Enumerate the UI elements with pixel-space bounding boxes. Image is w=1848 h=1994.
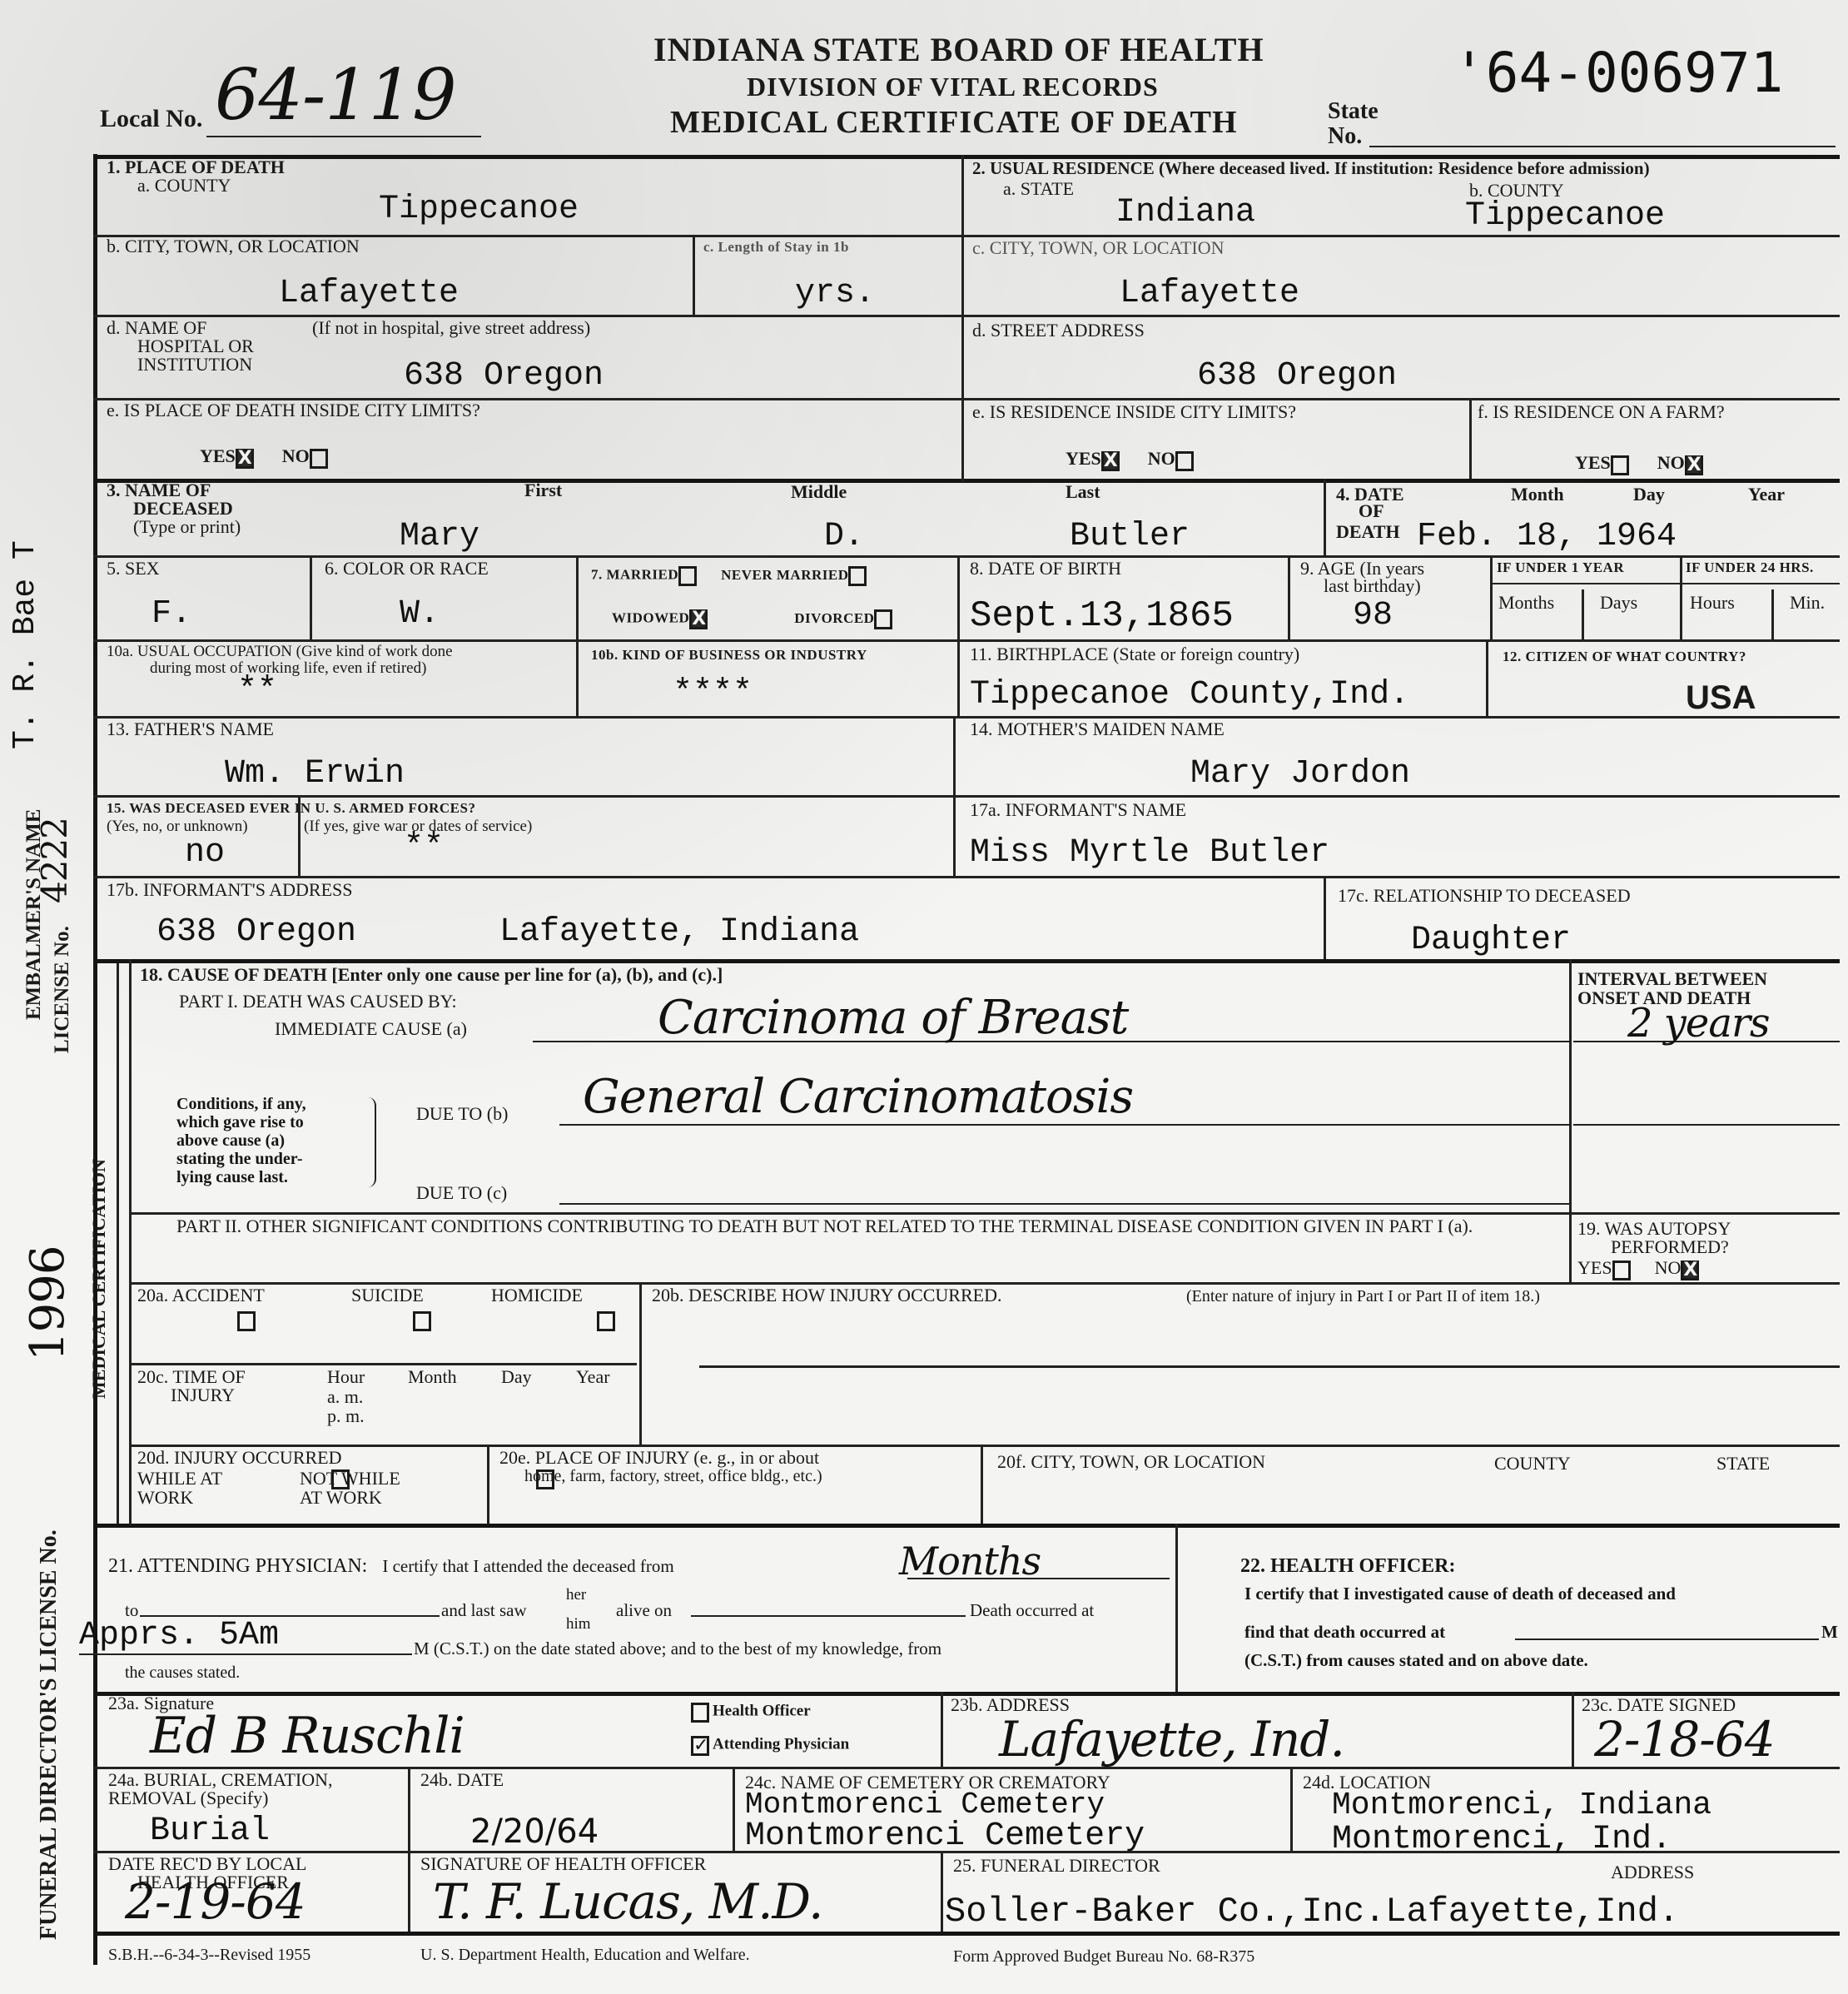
cemetery-value-1[interactable]: Montmorenci Cemetery — [745, 1790, 1105, 1820]
injury-month-label: Month — [408, 1368, 457, 1386]
fd-license-value: 1996 — [25, 1246, 72, 1361]
relationship-label: 17c. RELATIONSHIP TO DECEASED — [1338, 887, 1631, 905]
am-label: a. m. — [327, 1388, 363, 1406]
dod-month-label: Month — [1511, 485, 1564, 504]
under1-days-label: Days — [1600, 594, 1637, 612]
age-label-2: last birthday) — [1324, 577, 1421, 595]
disposition-value[interactable]: Burial — [150, 1815, 270, 1848]
pod-city-limits-options: YESX NO — [200, 447, 328, 469]
autopsy-label-2: PERFORMED? — [1611, 1238, 1729, 1256]
place-of-injury-label-2: home, farm, factory, street, office bldg… — [524, 1468, 822, 1484]
res-city-limits-label: e. IS RESIDENCE INSIDE CITY LIMITS? — [972, 403, 1296, 421]
death-occurred-label: Death occurred at — [970, 1600, 1094, 1621]
pod-city-limits-label: e. IS PLACE OF DEATH INSIDE CITY LIMITS? — [107, 401, 480, 420]
funeral-director-label: 25. FUNERAL DIRECTOR — [953, 1857, 1160, 1875]
license-value: 4222 — [37, 818, 72, 903]
injury-year-label: Year — [576, 1368, 610, 1386]
deceased-name-label-3: (Type or print) — [133, 518, 241, 536]
attended-from-value[interactable]: Months — [899, 1542, 1041, 1580]
injury-day-label: Day — [501, 1368, 532, 1386]
res-county-value[interactable]: Tippecanoe — [1465, 200, 1665, 233]
relationship-value[interactable]: Daughter — [1411, 924, 1571, 957]
never-married-checkbox[interactable] — [848, 566, 867, 586]
occupation-value[interactable]: ** — [237, 674, 277, 708]
conditions-note-line: stating the under- — [176, 1150, 306, 1168]
pod-hospital-hint: (If not in hospital, give street address… — [312, 319, 590, 337]
age-value[interactable]: 98 — [1353, 599, 1393, 633]
divorced-label: DIVORCED — [794, 610, 874, 626]
col-sep — [961, 155, 964, 481]
pod-hospital-value[interactable]: 638 Oregon — [404, 360, 604, 393]
form-title-line2: DIVISION OF VITAL RECORDS — [747, 73, 1159, 100]
interval-line-b — [1573, 1124, 1840, 1126]
informant-address-label: 17b. INFORMANT'S ADDRESS — [107, 881, 353, 899]
conditions-brace — [366, 1097, 376, 1187]
res-farm-yes-checkbox[interactable] — [1611, 455, 1629, 475]
pod-hospital-label-1: d. NAME OF — [107, 319, 206, 337]
time-of-injury-label-2: INJURY — [171, 1386, 235, 1405]
pod-city-label: b. CITY, TOWN, OR LOCATION — [107, 237, 360, 256]
rule — [93, 1767, 1840, 1769]
physician-address-value[interactable]: Lafayette, Ind. — [999, 1715, 1344, 1763]
dob-label: 8. DATE OF BIRTH — [970, 559, 1121, 578]
res-state-label: a. STATE — [1003, 180, 1074, 198]
widowed-label: WIDOWED — [612, 610, 689, 626]
date-recd-value[interactable]: 2-19-64 — [125, 1877, 306, 1926]
pod-hospital-label-3: INSTITUTION — [137, 356, 252, 374]
suicide-label: SUICIDE — [351, 1286, 424, 1305]
col-sep — [1486, 639, 1488, 716]
funeral-director-value[interactable]: Soller-Baker Co.,Inc.Lafayette,Ind. — [945, 1894, 1679, 1929]
res-farm-options: YES NOX — [1575, 454, 1703, 475]
col-sep — [129, 959, 132, 1525]
col-sep — [1569, 959, 1572, 1282]
conditions-note-line: which gave rise to — [176, 1113, 306, 1131]
dod-year-label: Year — [1748, 485, 1785, 504]
conditions-note-line: Conditions, if any, — [176, 1095, 306, 1113]
rule — [129, 1363, 637, 1365]
due-c-line[interactable] — [559, 1203, 1569, 1205]
divorced-checkbox[interactable] — [874, 609, 892, 629]
health-officer-line3: (C.S.T.) from causes stated and on above… — [1244, 1650, 1588, 1671]
place-of-injury-label-1: 20e. PLACE OF INJURY (e. g., in or about — [499, 1449, 819, 1467]
place-of-death-label: 1. PLACE OF DEATH — [107, 158, 285, 177]
physician-line4: the causes stated. — [125, 1663, 240, 1683]
col-sep — [1490, 555, 1493, 639]
first-name-value[interactable]: Mary — [400, 520, 479, 554]
due-b-line — [559, 1124, 1569, 1126]
disposition-label-2: REMOVAL (Specify) — [108, 1789, 268, 1808]
res-city-limits-yes-checkbox[interactable]: X — [1101, 451, 1120, 471]
footer-dept: U. S. Department Health, Education and W… — [420, 1947, 750, 1963]
state-no-label-1: State — [1328, 100, 1379, 123]
burial-date-value[interactable]: 2/20/64 — [470, 1815, 599, 1848]
no-label: NO — [1657, 452, 1685, 473]
business-value[interactable]: **** — [673, 677, 753, 710]
dod-value[interactable]: Feb. 18, 1964 — [1417, 520, 1677, 554]
armed-service-value[interactable]: ** — [404, 831, 444, 864]
birthplace-value[interactable]: Tippecanoe County,Ind. — [970, 679, 1409, 712]
pod-hospital-label-2: HOSPITAL OR — [137, 337, 254, 356]
col-sep — [1324, 876, 1326, 959]
accident-checkbox[interactable] — [237, 1311, 256, 1331]
pod-city-limits-yes-checkbox[interactable]: X — [236, 449, 254, 469]
res-city-limits-no-checkbox[interactable] — [1175, 451, 1194, 471]
ho-signature-label: SIGNATURE OF HEALTH OFFICER — [420, 1855, 706, 1873]
yes-label: YES — [1575, 452, 1611, 473]
marital-row-2: WIDOWEDX DIVORCED — [612, 609, 892, 629]
col-sep — [693, 235, 695, 315]
deceased-name-label-2: DECEASED — [133, 500, 233, 518]
date-recd-label-1: DATE REC'D BY LOCAL — [108, 1855, 306, 1873]
describe-injury-hint: (Enter nature of injury in Part I or Par… — [1186, 1288, 1540, 1305]
part2-text: PART II. OTHER SIGNIFICANT CONDITIONS CO… — [176, 1216, 1473, 1236]
res-farm-label: f. IS RESIDENCE ON A FARM? — [1478, 403, 1725, 421]
due-b-label: DUE TO (b) — [416, 1105, 508, 1123]
col-sep — [1288, 555, 1290, 639]
no-label: NO — [1655, 1257, 1682, 1278]
health-officer-line2: find that death occurred at — [1244, 1622, 1445, 1643]
citizen-value[interactable]: USA — [1686, 681, 1756, 714]
first-name-label: First — [524, 481, 562, 500]
physician-line1: 21. ATTENDING PHYSICIAN: I certify that … — [108, 1555, 674, 1578]
health-officer-option: Health Officer — [691, 1703, 811, 1723]
conditions-note-line: above cause (a) — [176, 1131, 306, 1150]
while-at-work-label-2: WORK — [137, 1489, 193, 1507]
death-time-value[interactable]: Apprs. 5Am — [79, 1619, 279, 1653]
usual-residence-label: 2. USUAL RESIDENCE (Where deceased lived… — [972, 160, 1650, 177]
rule — [93, 716, 1840, 719]
dod-day-label: Day — [1633, 485, 1665, 504]
homicide-checkbox[interactable] — [597, 1311, 615, 1331]
marital-row-1: 7. MARRIED NEVER MARRIED — [591, 566, 867, 586]
her-label: her — [566, 1586, 586, 1604]
cemetery-value-2[interactable]: Montmorenci Cemetery — [745, 1820, 1145, 1853]
res-street-label: d. STREET ADDRESS — [972, 321, 1145, 340]
injury-state-label: STATE — [1716, 1454, 1770, 1473]
occupation-label-2: during most of working life, even if ret… — [150, 660, 426, 676]
pod-city-limits-no-checkbox[interactable] — [310, 449, 328, 469]
location-value-2[interactable]: Montmorenci, Ind. — [1332, 1823, 1672, 1857]
col-sep — [941, 1851, 943, 1932]
injury-occurred-label: 20d. INJURY OCCURRED — [137, 1449, 342, 1467]
ho-signature-value[interactable]: T. F. Lucas, M.D. — [433, 1877, 822, 1926]
rule — [699, 1365, 1840, 1368]
col-sep — [487, 1445, 489, 1524]
informant-name-value[interactable]: Miss Myrtle Butler — [970, 837, 1329, 870]
disposition-label-1: 24a. BURIAL, CREMATION, — [108, 1771, 333, 1789]
col-sep — [639, 1282, 642, 1445]
death-time-line — [79, 1653, 412, 1655]
widowed-checkbox[interactable]: X — [689, 609, 708, 629]
col-sep — [941, 1692, 943, 1767]
not-while-work-label-2: AT WORK — [300, 1489, 382, 1507]
time-of-injury-label-1: 20c. TIME OF — [137, 1368, 246, 1386]
col-sep — [981, 1445, 983, 1524]
under24-label: IF UNDER 24 HRS. — [1686, 560, 1814, 574]
attending-physician-option: ✓ Attending Physician — [691, 1736, 849, 1756]
res-state-value[interactable]: Indiana — [1115, 196, 1255, 230]
health-officer-time-line[interactable] — [1515, 1638, 1819, 1640]
business-label: 10b. KIND OF BUSINESS OR INDUSTRY — [591, 648, 867, 662]
footer-form-no: S.B.H.--6-34-3--Revised 1955 — [108, 1947, 310, 1963]
burial-date-label: 24b. DATE — [420, 1771, 504, 1789]
never-married-label: NEVER MARRIED — [721, 567, 848, 583]
col-sep — [1680, 555, 1682, 639]
describe-injury-label: 20b. DESCRIBE HOW INJURY OCCURRED. — [652, 1286, 1001, 1305]
embalmer-name-value: T. R. Bae T — [10, 540, 42, 749]
mother-label: 14. MOTHER'S MAIDEN NAME — [970, 720, 1225, 738]
informant-address-street[interactable]: 638 Oregon — [156, 916, 356, 949]
part1-label: PART I. DEATH WAS CAUSED BY: — [179, 992, 457, 1011]
homicide-label: HOMICIDE — [491, 1286, 583, 1305]
birthplace-label: 11. BIRTHPLACE (State or foreign country… — [970, 645, 1299, 664]
health-officer-checkbox[interactable] — [691, 1703, 709, 1723]
attending-physician-option-label: Attending Physician — [713, 1736, 849, 1753]
conditions-note: Conditions, if any, which gave rise to a… — [176, 1095, 306, 1186]
last-name-label: Last — [1066, 483, 1100, 501]
physician-label: 21. ATTENDING PHYSICIAN: — [108, 1555, 367, 1577]
mother-value[interactable]: Mary Jordon — [1190, 758, 1410, 791]
informant-name-label: 17a. INFORMANT'S NAME — [970, 801, 1186, 819]
him-label: him — [566, 1615, 591, 1633]
form-title-line1: INDIANA STATE BOARD OF HEALTH — [653, 33, 1264, 67]
cause-header: 18. CAUSE OF DEATH [Enter only one cause… — [140, 966, 723, 984]
local-no-value: 64-119 — [215, 60, 456, 130]
accident-label: 20a. ACCIDENT — [137, 1286, 265, 1305]
due-c-label: DUE TO (c) — [416, 1184, 507, 1202]
state-no-label-2: No. — [1328, 125, 1362, 148]
under24-min-label: Min. — [1790, 594, 1825, 612]
middle-name-value[interactable]: D. — [824, 520, 864, 554]
footer-budget: Form Approved Budget Bureau No. 68-R375 — [953, 1948, 1254, 1965]
autopsy-label-1: 19. WAS AUTOPSY — [1577, 1220, 1731, 1238]
local-no-label: Local No. — [100, 107, 202, 132]
due-b-value[interactable]: General Carcinomatosis — [583, 1074, 1133, 1121]
armed-forces-value[interactable]: no — [185, 837, 225, 870]
no-label: NO — [282, 445, 310, 466]
res-street-value[interactable]: 638 Oregon — [1197, 360, 1397, 393]
col-sep — [310, 555, 312, 639]
immediate-cause-label: IMMEDIATE CAUSE (a) — [275, 1020, 467, 1038]
funeral-address-label: ADDRESS — [1611, 1863, 1694, 1882]
armed-forces-label-1: 15. WAS DECEASED EVER IN U. S. ARMED FOR… — [107, 801, 475, 815]
col-sep — [1771, 589, 1774, 639]
autopsy-options: YES NOX — [1577, 1259, 1699, 1280]
rule — [93, 876, 1840, 878]
col-sep — [408, 1767, 410, 1932]
col-sep — [576, 555, 579, 639]
col-sep — [957, 639, 960, 716]
physician-line3: M (C.S.T.) on the date stated above; and… — [414, 1638, 941, 1659]
medical-cert-border — [117, 959, 119, 1525]
injury-county-label: COUNTY — [1494, 1454, 1571, 1473]
conditions-note-line: lying cause last. — [176, 1168, 306, 1186]
health-officer-label: 22. HEALTH OFFICER: — [1240, 1555, 1455, 1578]
pm-label: p. m. — [327, 1407, 365, 1425]
rule — [129, 1445, 1840, 1447]
col-sep — [957, 555, 960, 639]
suicide-checkbox[interactable] — [413, 1311, 431, 1331]
citizen-label: 12. CITIZEN OF WHAT COUNTRY? — [1503, 649, 1746, 664]
armed-forces-label-2a: (Yes, no, or unknown) — [107, 818, 248, 834]
alive-on-label: alive on — [616, 1600, 672, 1621]
injury-city-label: 20f. CITY, TOWN, OR LOCATION — [997, 1453, 1265, 1471]
state-no-value: '64-006971 — [1453, 46, 1783, 101]
rule — [93, 1524, 1840, 1528]
pod-stay-value[interactable]: yrs. — [795, 277, 875, 311]
while-at-work-label-1: WHILE AT — [137, 1469, 222, 1488]
pod-city-value[interactable]: Lafayette — [279, 277, 459, 311]
race-value[interactable]: W. — [400, 598, 440, 631]
fd-license-label: FUNERAL DIRECTOR'S LICENSE No. — [37, 1529, 61, 1940]
interval-label-1: INTERVAL BETWEEN — [1577, 970, 1767, 988]
col-sep — [1582, 589, 1584, 639]
location-value-1[interactable]: Montmorenci, Indiana — [1332, 1790, 1711, 1822]
not-while-work-label-1: NOT WHILE — [300, 1469, 400, 1488]
health-officer-option-label: Health Officer — [713, 1703, 811, 1720]
col-sep — [953, 716, 956, 876]
married-label: 7. MARRIED — [591, 567, 678, 583]
state-no-underline — [1369, 146, 1836, 147]
dod-label-2: OF — [1359, 502, 1384, 520]
pod-county-label: a. COUNTY — [137, 177, 231, 195]
rule — [93, 1932, 1840, 1936]
under24-hours-label: Hours — [1690, 594, 1735, 612]
last-name-value[interactable]: Butler — [1070, 520, 1190, 554]
form-title-line3: MEDICAL CERTIFICATE OF DEATH — [670, 107, 1238, 138]
pod-county-value[interactable]: Tippecanoe — [379, 193, 579, 226]
immediate-cause-value[interactable]: Carcinoma of Breast — [658, 995, 1128, 1042]
col-sep — [1290, 1767, 1293, 1851]
alive-on-line[interactable] — [691, 1615, 966, 1617]
under1-label: IF UNDER 1 YEAR — [1497, 560, 1624, 574]
col-sep — [576, 639, 579, 716]
no-label: NO — [1148, 448, 1175, 469]
father-label: 13. FATHER'S NAME — [107, 720, 274, 738]
col-sep — [1469, 398, 1472, 479]
pod-stay-label: c. Length of Stay in 1b — [703, 240, 849, 254]
married-checkbox[interactable] — [678, 566, 697, 586]
middle-name-label: Middle — [791, 483, 847, 501]
deceased-name-label-1: 3. NAME OF — [107, 481, 211, 500]
local-no-underline — [206, 136, 481, 137]
rule — [1492, 583, 1840, 584]
rule — [129, 1212, 1840, 1215]
rule — [93, 479, 1840, 483]
health-officer-m: M — [1821, 1622, 1838, 1643]
yes-label: YES — [200, 445, 236, 466]
res-city-label: c. CITY, TOWN, OR LOCATION — [972, 239, 1225, 257]
yes-label: YES — [1577, 1257, 1612, 1278]
res-farm-no-checkbox[interactable]: X — [1685, 455, 1703, 475]
rule — [93, 959, 1840, 963]
yes-label: YES — [1066, 448, 1101, 469]
health-officer-line1: I certify that I investigated cause of d… — [1244, 1584, 1676, 1604]
license-label: LICENSE No. — [52, 926, 72, 1053]
part2-label: PART II. OTHER SIGNIFICANT CONDITIONS CO… — [176, 1217, 1473, 1236]
attending-physician-checkbox[interactable]: ✓ — [691, 1736, 709, 1756]
res-city-limits-options: YESX NO — [1066, 450, 1194, 471]
res-city-value[interactable]: Lafayette — [1120, 277, 1299, 311]
race-label: 6. COLOR OR RACE — [325, 559, 489, 578]
informant-address-city[interactable]: Lafayette, Indiana — [499, 916, 859, 949]
sex-value[interactable]: F. — [152, 598, 191, 631]
sex-label: 5. SEX — [107, 559, 160, 578]
col-sep — [733, 1767, 735, 1851]
col-sep — [1324, 479, 1326, 555]
hour-label: Hour — [327, 1368, 365, 1386]
col-sep — [1572, 1692, 1574, 1767]
autopsy-yes-checkbox[interactable] — [1612, 1261, 1631, 1280]
rule — [93, 639, 1840, 642]
physician-signature[interactable]: Ed B Ruschli — [150, 1711, 464, 1761]
rule — [93, 795, 1840, 798]
dod-label-3: DEATH — [1336, 523, 1400, 541]
autopsy-no-checkbox[interactable]: X — [1681, 1261, 1699, 1280]
occupation-label-1: 10a. USUAL OCCUPATION (Give kind of work… — [107, 644, 453, 659]
father-value[interactable]: Wm. Erwin — [225, 758, 405, 791]
last-saw-label: and last saw — [441, 1600, 527, 1621]
date-signed-value[interactable]: 2-18-64 — [1594, 1715, 1775, 1763]
under1-months-label: Months — [1498, 594, 1554, 612]
dob-value[interactable]: Sept.13,1865 — [970, 598, 1234, 634]
col-sep — [1175, 1524, 1178, 1692]
physician-line1-text: I certify that I attended the deceased f… — [382, 1556, 673, 1576]
interval-value[interactable]: 2 years — [1627, 1003, 1770, 1043]
